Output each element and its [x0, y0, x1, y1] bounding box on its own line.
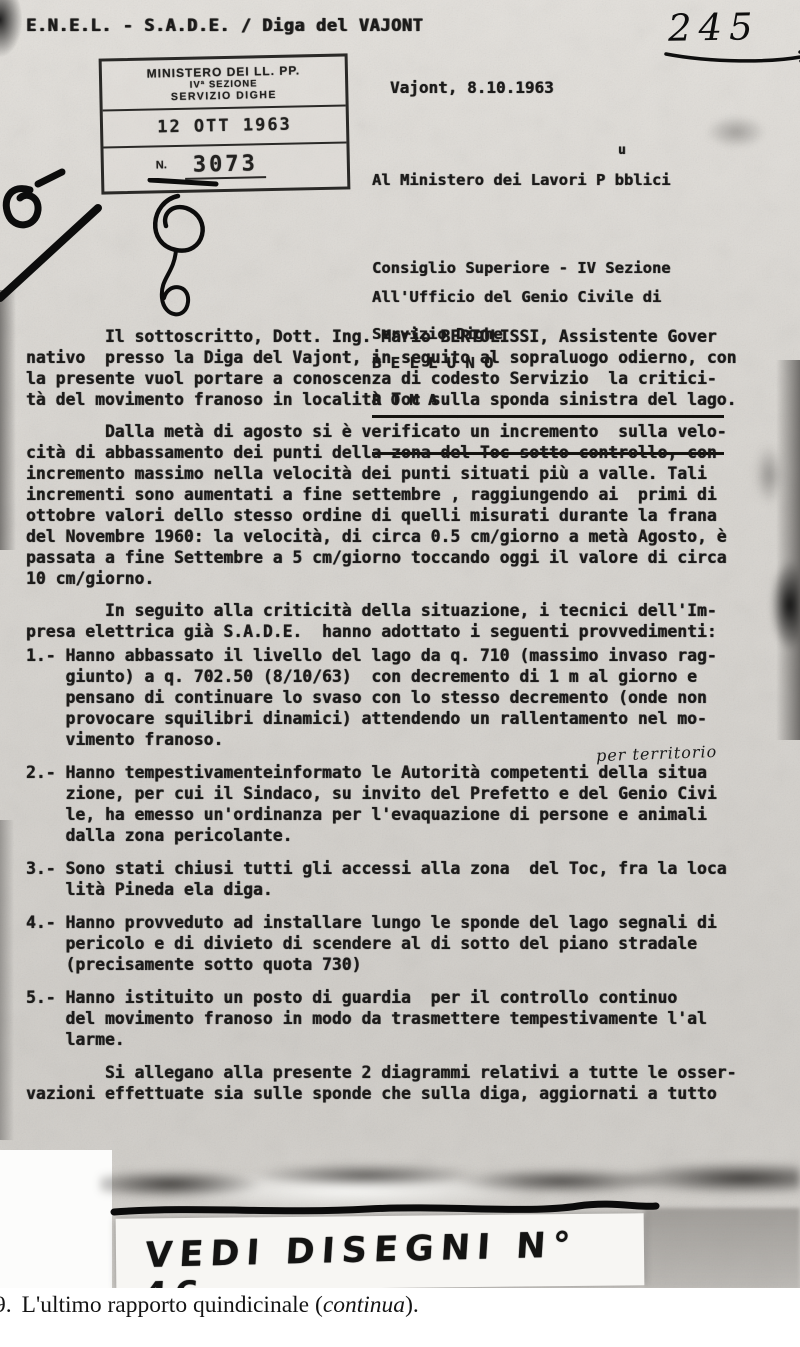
letter-dateline: Vajont, 8.10.1963	[390, 78, 554, 97]
stamp-date: 12 OTT 1963	[103, 106, 347, 146]
list-item-5-guard-post: 5.- Hanno istituito un posto di guardia …	[26, 987, 782, 1050]
body-line: lità Pineda ela diga.	[26, 879, 782, 900]
caption-italic: continua	[323, 1292, 405, 1318]
scan-gray-band-right	[644, 1208, 800, 1290]
body-line: passata a fine Settembre a 5 cm/giorno t…	[26, 547, 782, 568]
body-line: incrementi sono aumentati a fine settemb…	[26, 484, 782, 505]
body-line: pensano di continuare lo svaso con lo st…	[26, 687, 782, 708]
body-line: Dalla metà di agosto si è verificato un …	[26, 421, 782, 442]
body-line: 4.- Hanno provveduto ad installare lungo…	[26, 912, 782, 933]
body-line: del movimento franoso in modo da trasmet…	[26, 1008, 782, 1029]
body-line: cità di abbassamento dei punti della zon…	[26, 442, 782, 463]
recipient-line: All'Ufficio del Genio Civile di	[372, 286, 724, 308]
archive-number-underline	[660, 46, 800, 70]
body-line: presa elettrica già S.A.D.E. hanno adott…	[26, 621, 782, 642]
body-line: 3.- Sono stati chiusi tutti gli accessi …	[26, 858, 782, 879]
body-line: nativo presso la Diga del Vajont, in seg…	[26, 347, 782, 368]
body-line: giunto) a q. 702.50 (8/10/63) con decrem…	[26, 666, 782, 687]
body-line: 1.- Hanno abbassato il livello del lago …	[26, 645, 782, 666]
body-line: Si allegano alla presente 2 diagrammi re…	[26, 1062, 782, 1083]
recipient-line: Al Ministero dei Lavori P bblici	[372, 169, 724, 191]
drawing-reference-label: VEDI DISEGNI N° 46	[116, 1213, 645, 1291]
body-line: le, ha emesso un'ordinanza per l'evaquaz…	[26, 804, 782, 825]
paragraph-measures-intro: In seguito alla criticità della situazio…	[26, 600, 782, 642]
body-line: pericolo e di divieto di scendere al di …	[26, 933, 782, 954]
handwritten-archive-number: 245	[668, 5, 760, 50]
body-line: zione, per cui il Sindaco, su invito del…	[26, 783, 782, 804]
body-line: vazioni effettuate sia sulle sponde che …	[26, 1083, 782, 1104]
body-line: incremento massimo nella velocità dei pu…	[26, 463, 782, 484]
list-item-3-access-closed: 3.- Sono stati chiusi tutti gli accessi …	[26, 858, 782, 900]
caption-text: L'ultimo rapporto quindicinale (	[22, 1292, 323, 1318]
body-line: la presente vuol portare a conoscenza di…	[26, 368, 782, 389]
body-line: 2.- Hanno tempestivamenteinformato le Au…	[26, 762, 782, 783]
body-line: ottobre valori dello stesso ordine di qu…	[26, 505, 782, 526]
caption-number: 9.	[0, 1292, 12, 1318]
body-line: provocare squilibri dinamici) attendendo…	[26, 708, 782, 729]
paragraph-introduction: Il sottoscritto, Dott. Ing. Mario BERTOL…	[26, 326, 782, 410]
list-item-1-lake-lowering: 1.- Hanno abbassato il livello del lago …	[26, 645, 782, 750]
body-line: 5.- Hanno istituito un posto di guardia …	[26, 987, 782, 1008]
handwritten-scribble	[120, 178, 260, 328]
typed-correction-u: u	[618, 140, 626, 162]
letterhead-title: E.N.E.L. - S.A.D.E. / Diga del VAJONT	[26, 16, 423, 36]
body-line: 10 cm/giorno.	[26, 568, 782, 589]
figure-caption: 9.L'ultimo rapporto quindicinale (contin…	[0, 1292, 419, 1319]
body-line: In seguito alla criticità della situazio…	[26, 600, 782, 621]
body-line: tà del movimento franoso in località Toc…	[26, 389, 782, 410]
paragraph-attachments: Si allegano alla presente 2 diagrammi re…	[26, 1062, 782, 1104]
paragraph-velocity-increase: Dalla metà di agosto si è verificato un …	[26, 421, 782, 589]
body-line: del Novembre 1960: la velocità, di circa…	[26, 526, 782, 547]
list-item-4-warning-signs: 4.- Hanno provveduto ad installare lungo…	[26, 912, 782, 975]
list-item-2-authorities-informed: 2.- Hanno tempestivamenteinformato le Au…	[26, 762, 782, 846]
letter-body: Il sottoscritto, Dott. Ing. Mario BERTOL…	[26, 326, 782, 1107]
body-line: (precisamente sotto quota 730)	[26, 954, 782, 975]
torn-paper-white-left	[0, 1150, 112, 1292]
body-line: dalla zona pericolante.	[26, 825, 782, 846]
caption-end: ).	[405, 1292, 419, 1318]
stamp-protocol-number: 3073	[185, 151, 267, 180]
handwritten-side-mark	[0, 92, 116, 312]
ministry-entry-stamp: MINISTERO DEI LL. PP. IVª SEZIONE SERVIZ…	[99, 53, 351, 194]
scanned-letter-page: E.N.E.L. - S.A.D.E. / Diga del VAJONT 24…	[0, 0, 800, 1347]
body-line: Il sottoscritto, Dott. Ing. Mario BERTOL…	[26, 326, 782, 347]
body-line: larme.	[26, 1029, 782, 1050]
stamp-number-label: N.	[156, 159, 167, 171]
